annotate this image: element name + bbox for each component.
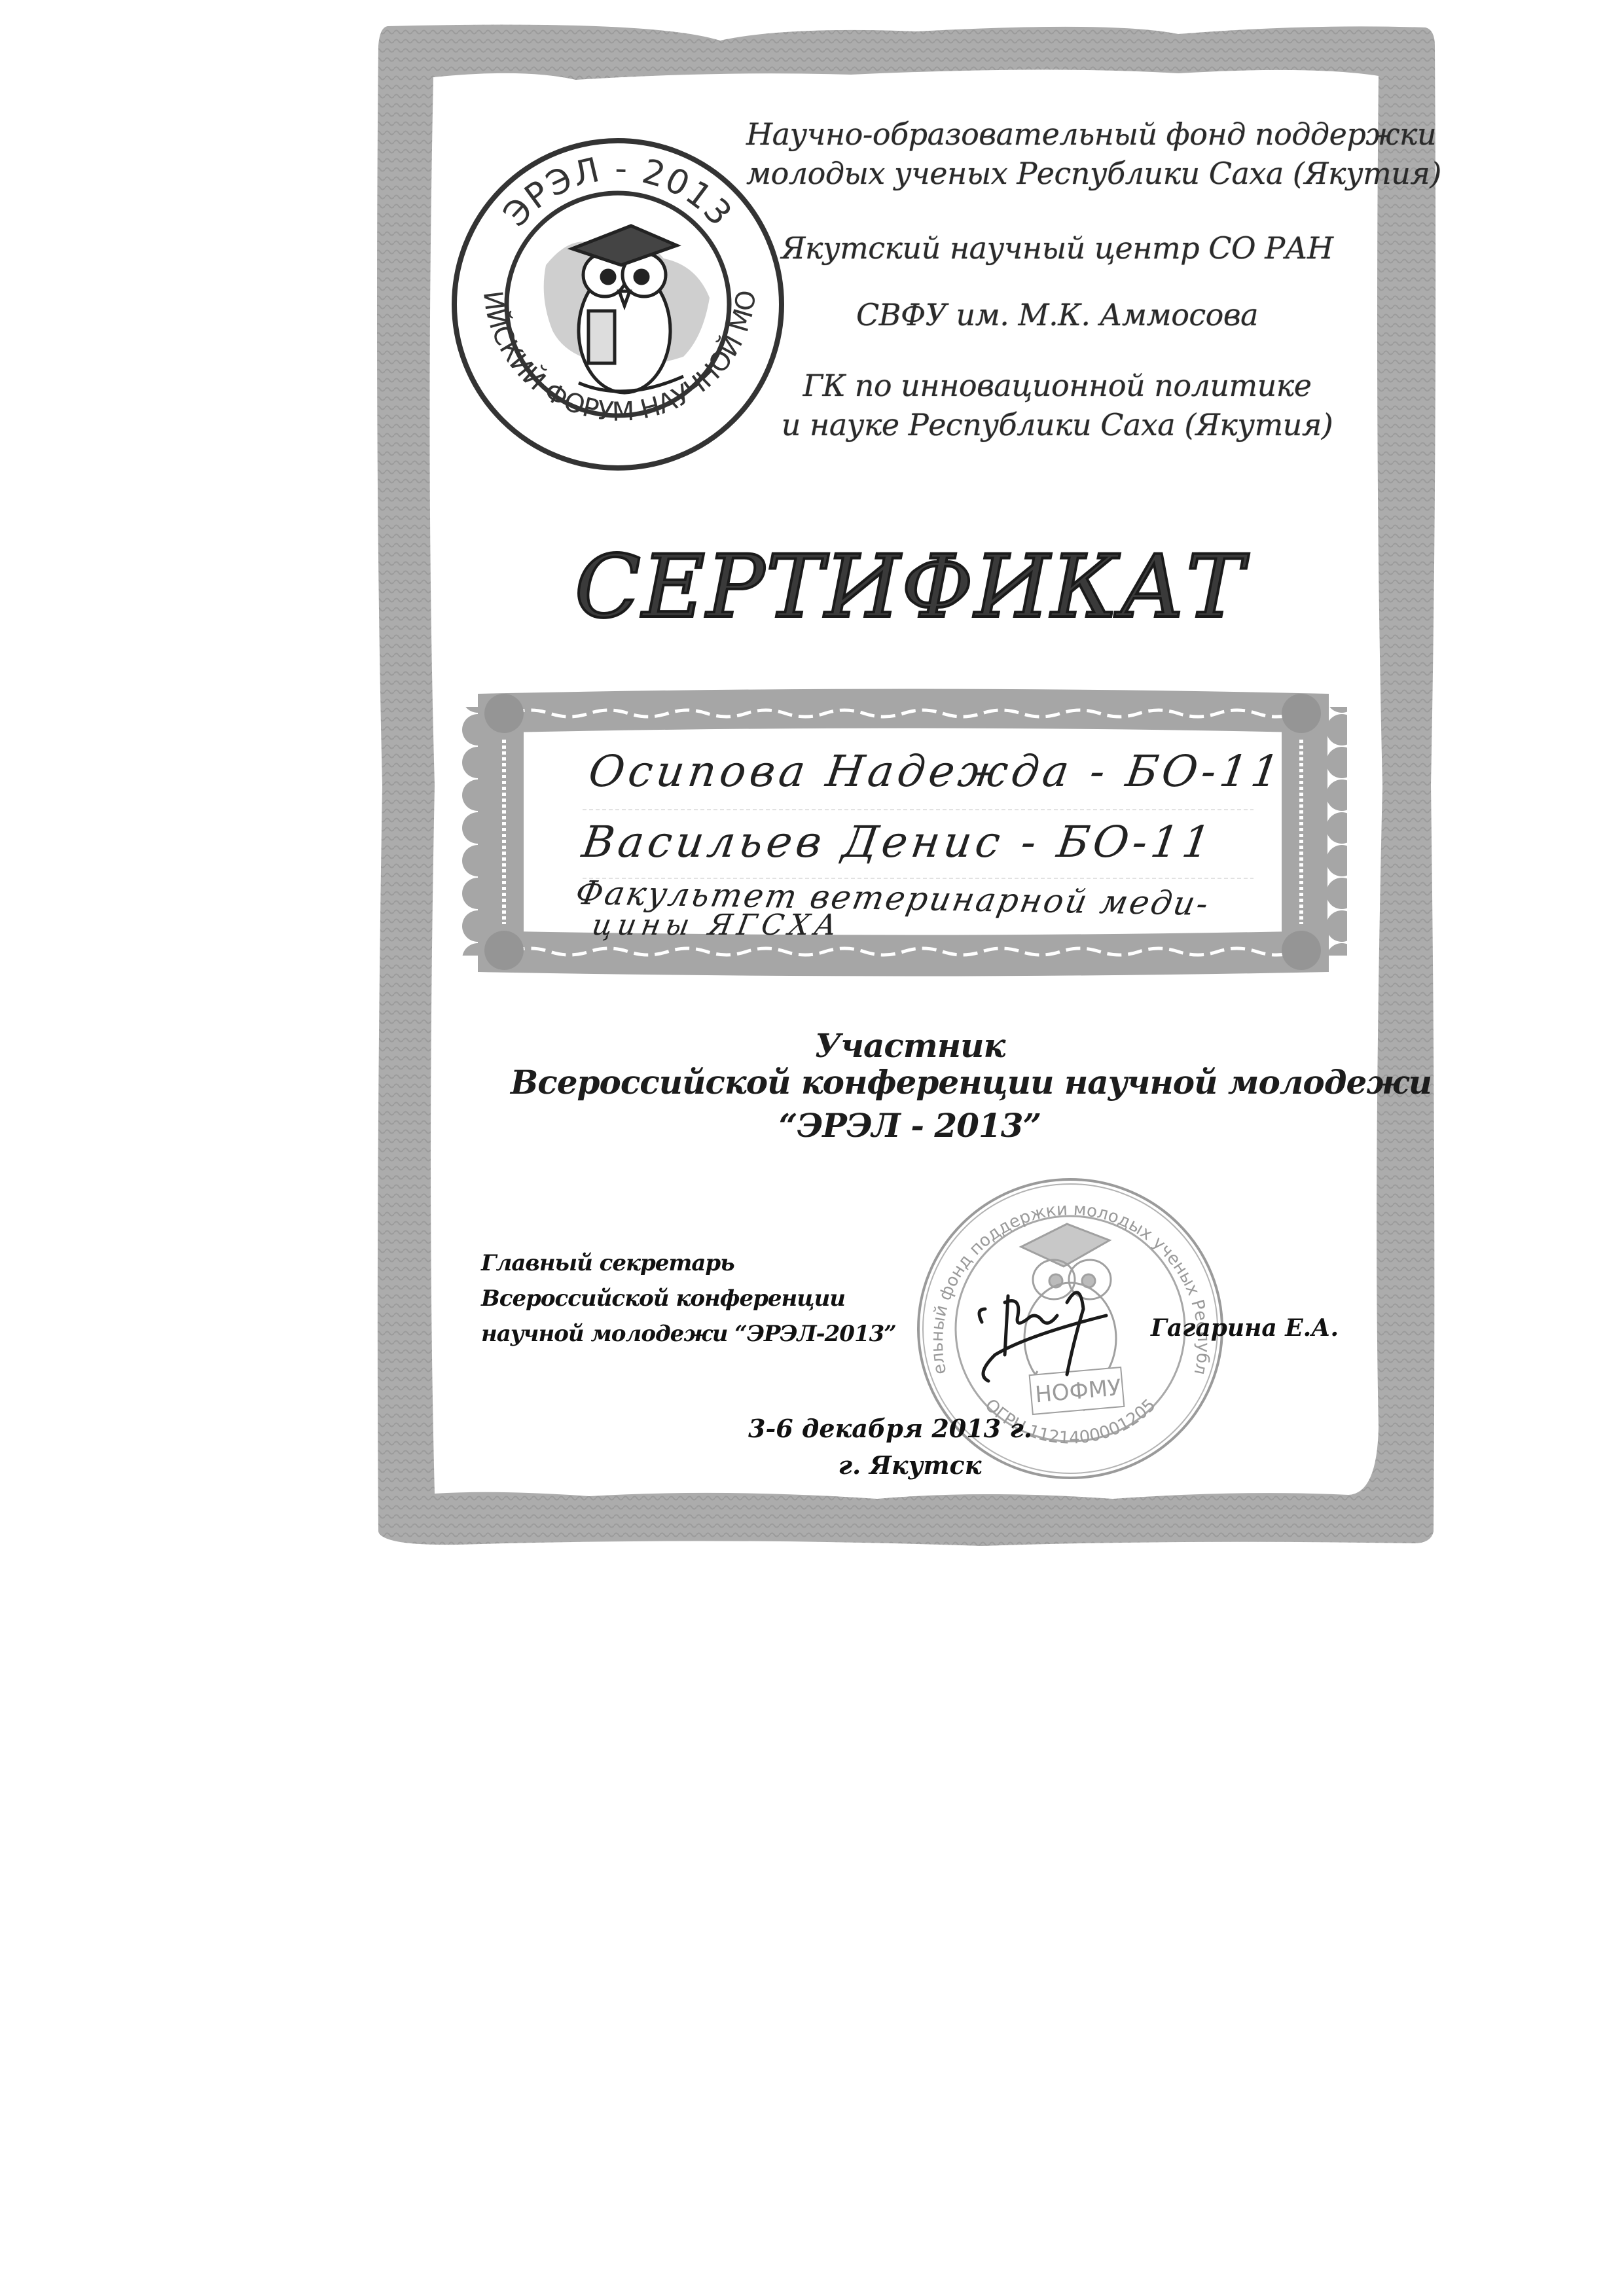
header-org-line: молодых ученых Республики Саха (Якутия) [746,156,1368,191]
signatory-role-line: научной молодежи “ЭРЭЛ-2013” [481,1321,896,1347]
signatory-role-line: Всероссийской конференции [481,1285,845,1312]
award-status: Участник [511,1026,1309,1065]
signatory-role-line: Главный секретарь [481,1250,734,1276]
header-org-line: ГК по инновационной политике [746,368,1368,403]
header-org-line: Якутский научный центр СО РАН [746,230,1368,266]
recipient-faculty-line: цины ЯГСХА [590,908,845,942]
recipient-name-line: Васильев Денис - БО-11 [579,817,1218,867]
event-date: 3-6 декабря 2013 г. [727,1414,1054,1443]
forum-logo-emblem: ЭРЭЛ - 2013 ВСЕРОССИЙСКИЙ ФОРУМ НАУЧНОЙ … [448,134,788,475]
header-org-line: СВФУ им. М.К. Аммосова [746,297,1368,332]
award-event-title: “ЭРЭЛ - 2013” [511,1106,1309,1145]
header-org-line: Научно-образовательный фонд поддержки [746,117,1368,152]
award-event-name: Всероссийской конференции научной молоде… [511,1063,1309,1102]
event-city: г. Якутск [746,1450,1074,1480]
certificate-title: СЕРТИФИКАТ [563,537,1257,637]
certificate-border [0,0,1624,2296]
header-org-line: и науке Республики Саха (Якутия) [746,407,1368,442]
signature-icon [969,1283,1139,1388]
recipient-name-line: Осипова Надежда - БО-11 [586,746,1287,797]
signatory-name: Гагарина Е.А. [1151,1314,1339,1342]
